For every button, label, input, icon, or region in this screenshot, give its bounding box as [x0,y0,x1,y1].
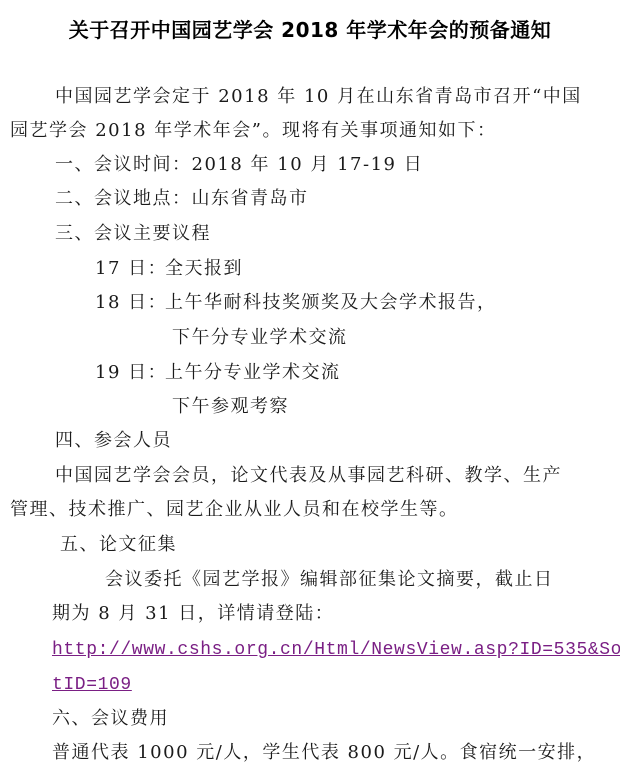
section-meeting-time: 一、会议时间：2018 年 10 月 17-19 日 [55,152,423,178]
section-participants-heading: 四、参会人员 [55,428,172,454]
section-papers-heading: 五、论文征集 [60,532,177,558]
papers-link[interactable]: http://www.cshs.org.cn/Html/NewsView.asp… [52,640,620,660]
agenda-day-19-item-morning: 上午分专业学术交流 [165,360,341,386]
agenda-day-19-item-afternoon: 下午参观考察 [172,394,289,420]
fees-line-1: 普通代表 1000 元/人，学生代表 800 元/人。食宿统一安排， [52,740,596,766]
papers-line-1: 会议委托《园艺学报》编辑部征集论文摘要，截止日 [105,567,554,593]
intro-line-2: 园艺学会 2018 年学术年会”。现将有关事项通知如下： [10,118,496,144]
section-fees-heading: 六、会议费用 [52,706,169,732]
document-title: 关于召开中国园艺学会 2018 年学术年会的预备通知 [0,14,620,46]
agenda-day-19-label: 19 日： [95,360,167,386]
agenda-day-17-label: 17 日： [95,256,167,282]
papers-link-continuation[interactable]: tID=109 [52,675,132,695]
section-meeting-location: 二、会议地点：山东省青岛市 [55,186,309,212]
papers-link-line-1[interactable]: http://www.cshs.org.cn/Html/NewsView.asp… [52,636,620,663]
agenda-day-17-item: 全天报到 [165,256,243,282]
agenda-day-18-item-morning: 上午华耐科技奖颁奖及大会学术报告， [165,290,497,316]
agenda-day-18-item-afternoon: 下午分专业学术交流 [172,325,348,351]
participants-line-1: 中国园艺学会会员，论文代表及从事园艺科研、教学、生产 [55,463,562,489]
agenda-day-18-label: 18 日： [95,290,167,316]
intro-line-1: 中国园艺学会定于 2018 年 10 月在山东省青岛市召开“中国 [55,84,582,110]
papers-link-line-2[interactable]: tID=109 [52,671,132,698]
papers-line-2: 期为 8 月 31 日，详情请登陆： [52,601,334,627]
participants-line-2: 管理、技术推广、园艺企业从业人员和在校学生等。 [10,497,459,523]
section-agenda-heading: 三、会议主要议程 [55,221,211,247]
